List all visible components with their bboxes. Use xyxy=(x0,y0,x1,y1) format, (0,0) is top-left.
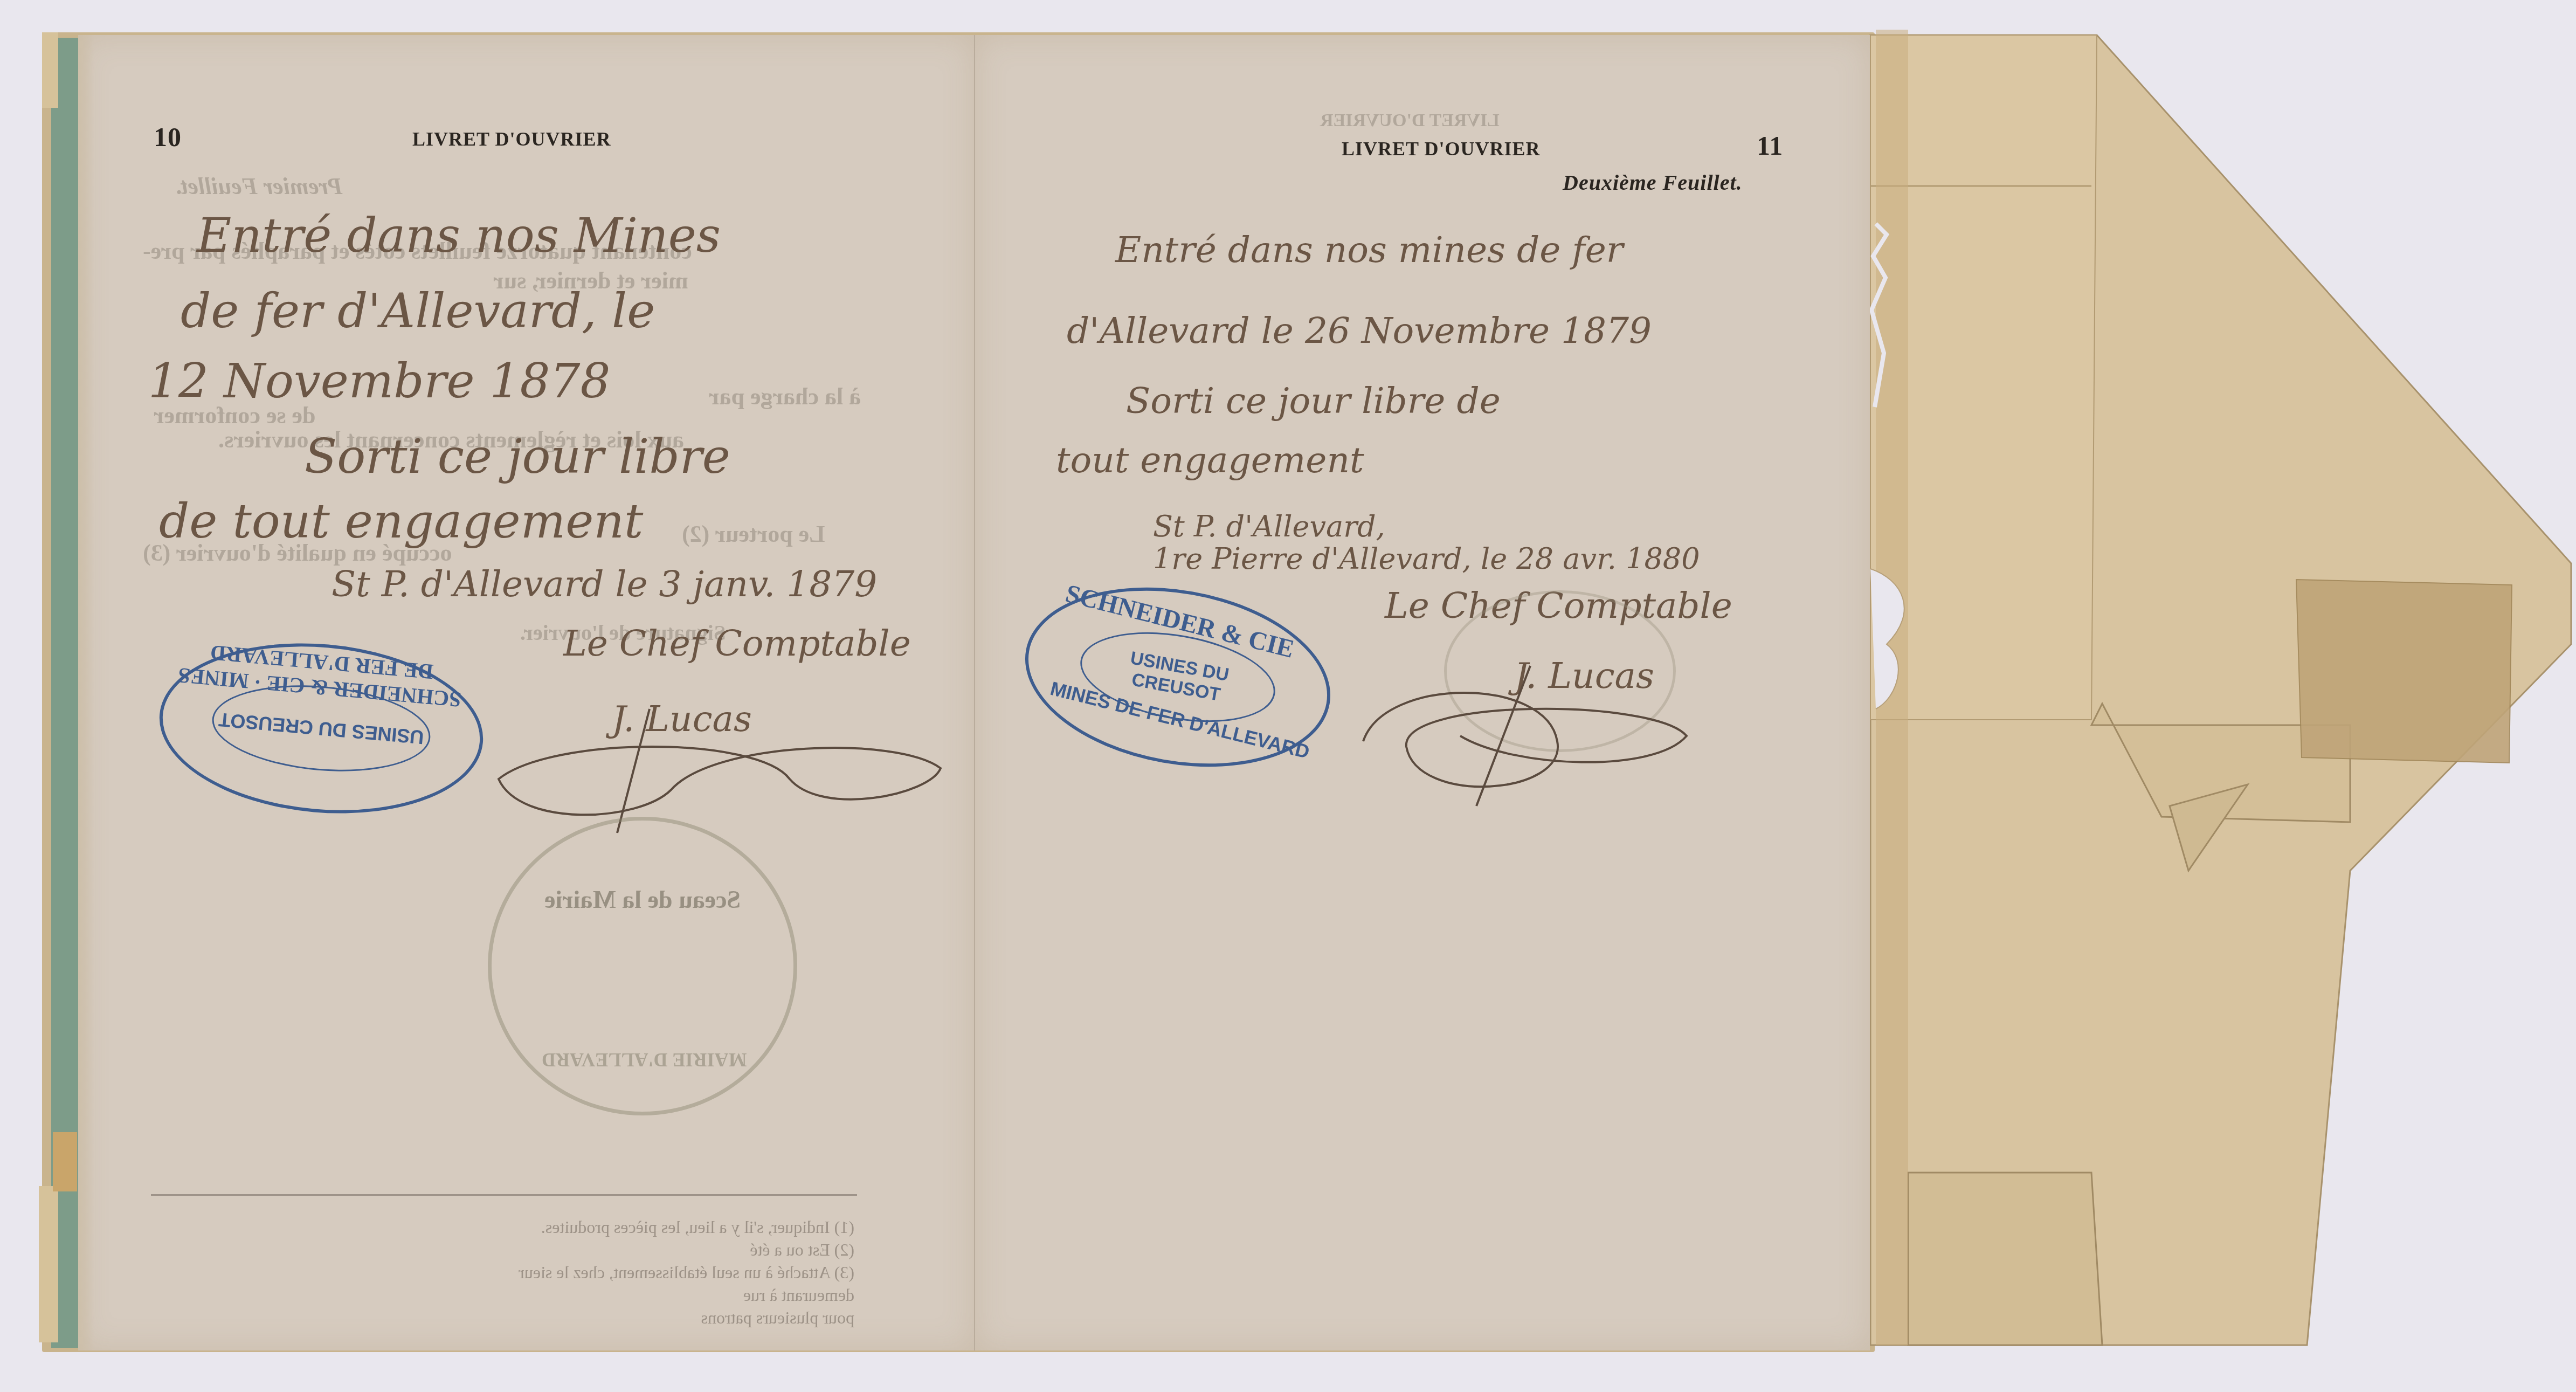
running-title: LIVRET D'OUVRIER xyxy=(412,128,611,150)
handwritten-line: de tout engagement xyxy=(159,493,643,549)
right-page: LIVRET D'OUVRIER 11 Deuxième Feuillet. L… xyxy=(975,35,1870,1350)
handwritten-line: Sorti ce jour libre de xyxy=(1126,380,1501,422)
tape-patch xyxy=(2296,580,2512,763)
section-title: Deuxième Feuillet. xyxy=(1563,170,1743,195)
mairie-seal-text: Sceau de la Mairie xyxy=(544,885,741,914)
page-number: 10 xyxy=(154,121,182,153)
handwritten-line: Le Chef Comptable xyxy=(563,623,911,664)
mairie-seal-ring-text: MAIRIE D'ALLEVARD xyxy=(542,1049,747,1071)
running-title: LIVRET D'OUVRIER xyxy=(1342,137,1540,160)
spine-worn-patch xyxy=(53,1132,77,1191)
handwritten-line: d'Allevard le 26 Novembre 1879 xyxy=(1067,310,1652,352)
page-number: 11 xyxy=(1757,130,1783,161)
signature-flourish xyxy=(488,704,962,844)
handwritten-line: 12 Novembre 1878 xyxy=(148,353,611,409)
handwritten-line: de fer d'Allevard, le xyxy=(181,283,655,339)
handwritten-line: St P. d'Allevard le 3 janv. 1879 xyxy=(332,563,877,605)
spine-tab-top xyxy=(42,32,58,108)
bleed-through-text: Le porteur (2) xyxy=(682,520,825,548)
handwritten-line: tout engagement xyxy=(1056,439,1364,481)
spine-tab-bottom xyxy=(39,1186,58,1342)
bleed-through-header: LIVRET D'OUVRIER xyxy=(1320,111,1500,131)
footnote: (1) Indiquer, s'il y a lieu, les pièces … xyxy=(412,1216,854,1238)
cover-flap xyxy=(1865,30,2576,1356)
handwritten-line: 1re Pierre d'Allevard, le 28 avr. 1880 xyxy=(1153,542,1700,576)
footnotes: (1) Indiquer, s'il y a lieu, les pièces … xyxy=(412,1216,854,1329)
footnote: (3) Attaché à un seul établissement, che… xyxy=(412,1261,854,1284)
signature-flourish xyxy=(1352,655,1708,817)
footnote: demeurant à rue xyxy=(412,1284,854,1306)
footnote: (2) Est ou a été xyxy=(412,1238,854,1261)
handwritten-line: Entré dans nos Mines xyxy=(197,208,721,263)
bleed-through-text: à la charge par xyxy=(709,383,861,410)
handwritten-line: Entré dans nos mines de fer xyxy=(1115,229,1623,271)
handwritten-line: Sorti ce jour libre xyxy=(305,429,730,484)
handwritten-line: St P. d'Allevard, xyxy=(1153,509,1385,543)
left-page: 10 LIVRET D'OUVRIER Premier Feuillet. co… xyxy=(78,35,975,1350)
footnote-rule xyxy=(151,1194,857,1196)
footnote: pour plusieurs patrons xyxy=(412,1306,854,1329)
bleed-through-text: Premier Feuillet. xyxy=(175,173,342,200)
